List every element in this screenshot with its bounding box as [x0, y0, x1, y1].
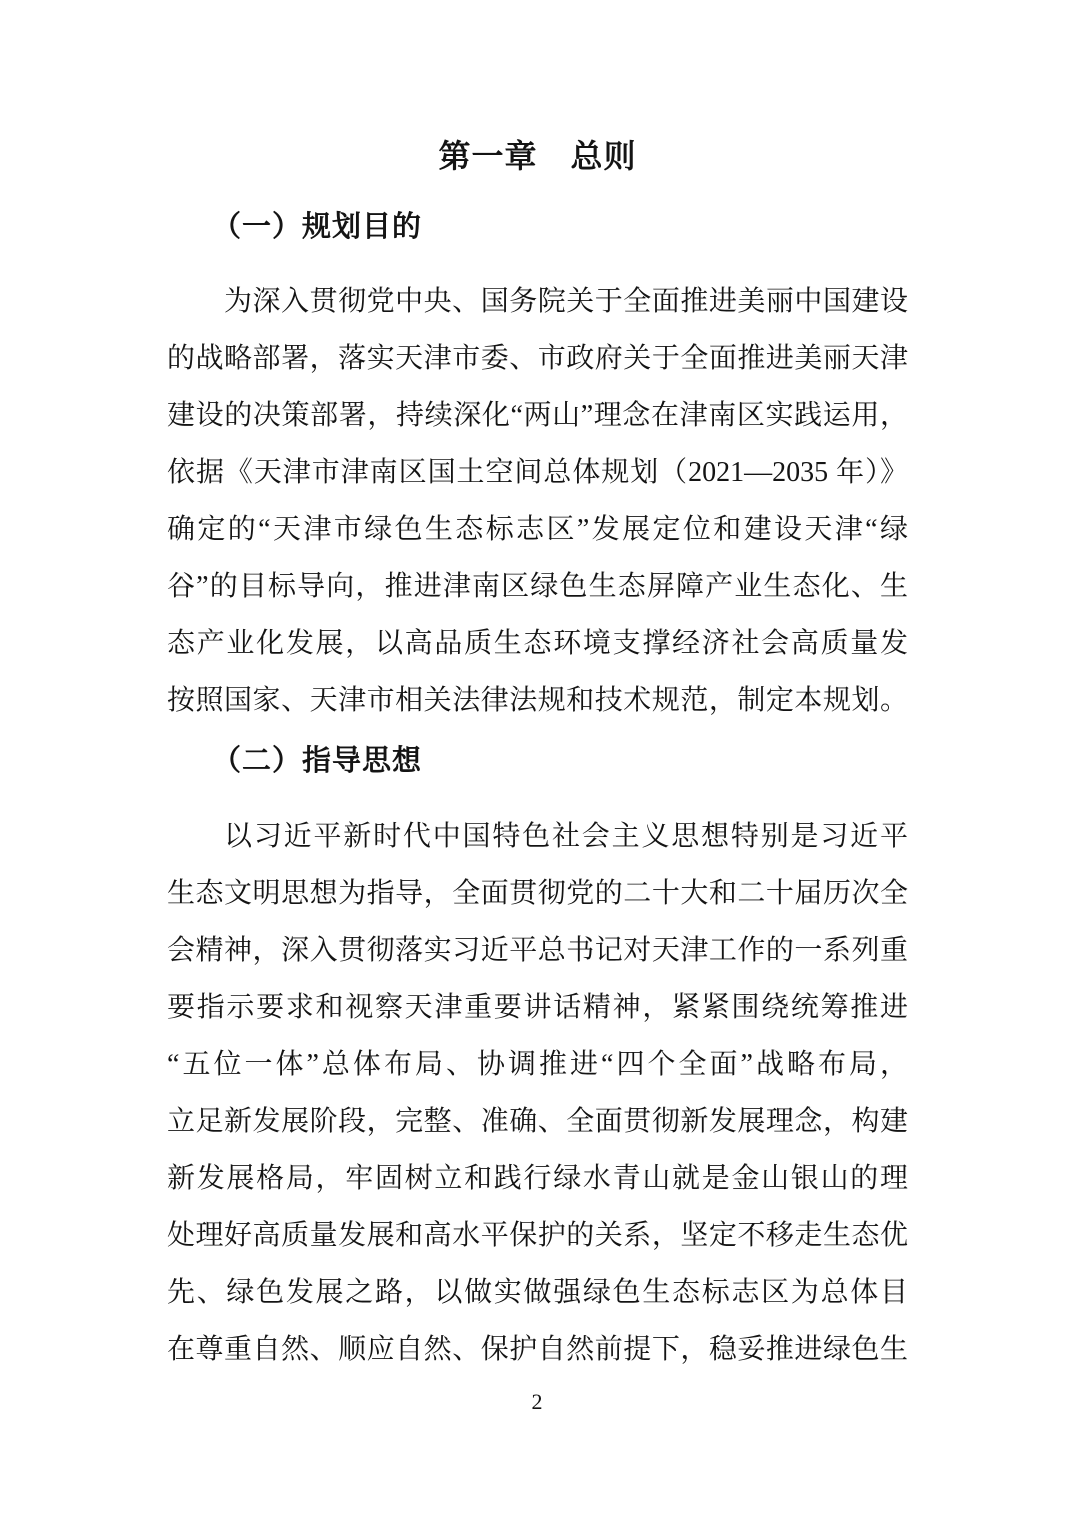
text-line: 谷”的目标导向，推进津南区绿色生态屏障产业生态化、生 — [167, 558, 908, 615]
text-line: 确定的“天津市绿色生态标志区”发展定位和建设天津“绿 — [167, 501, 908, 558]
paragraph-guiding-ideology: 以习近平新时代中国特色社会主义思想特别是习近平 生态文明思想为指导，全面贯彻党的… — [167, 808, 908, 1378]
page-number: 2 — [0, 1389, 1074, 1415]
text-line: 依据《天津市津南区国土空间总体规划（2021—2035 年）》 — [167, 444, 908, 501]
text-line: 会精神，深入贯彻落实习近平总书记对天津工作的一系列重 — [167, 922, 908, 979]
text-line: 在尊重自然、顺应自然、保护自然前提下，稳妥推进绿色生 — [167, 1321, 908, 1378]
text-line: 以习近平新时代中国特色社会主义思想特别是习近平 — [167, 808, 908, 865]
paragraph-planning-purpose: 为深入贯彻党中央、国务院关于全面推进美丽中国建设 的战略部署，落实天津市委、市政… — [167, 273, 908, 729]
text-line: 立足新发展阶段，完整、准确、全面贯彻新发展理念，构建 — [167, 1093, 908, 1150]
text-line: 处理好高质量发展和高水平保护的关系，坚定不移走生态优 — [167, 1207, 908, 1264]
document-page: 第一章 总则 （一）规划目的 为深入贯彻党中央、国务院关于全面推进美丽中国建设 … — [0, 0, 1074, 1520]
text-line: 要指示要求和视察天津重要讲话精神，紧紧围绕统筹推进 — [167, 979, 908, 1036]
text-line: 先、绿色发展之路，以做实做强绿色生态标志区为总体目标， — [167, 1264, 908, 1321]
text-line: “五位一体”总体布局、协调推进“四个全面”战略布局， — [167, 1036, 908, 1093]
text-line: 建设的决策部署，持续深化“两山”理念在津南区实践运用， — [167, 387, 908, 444]
text-line: 的战略部署，落实天津市委、市政府关于全面推进美丽天津 — [167, 330, 908, 387]
section-heading-planning-purpose: （一）规划目的 — [167, 207, 908, 247]
text-line: 为深入贯彻党中央、国务院关于全面推进美丽中国建设 — [167, 273, 908, 330]
text-line: 生态文明思想为指导，全面贯彻党的二十大和二十届历次全 — [167, 865, 908, 922]
text-line: 态产业化发展，以高品质生态环境支撑经济社会高质量发展， — [167, 615, 908, 672]
text-line: 新发展格局，牢固树立和践行绿水青山就是金山银山的理念， — [167, 1150, 908, 1207]
section-heading-guiding-ideology: （二）指导思想 — [167, 741, 908, 781]
chapter-title: 第一章 总则 — [167, 137, 908, 175]
text-line: 按照国家、天津市相关法律法规和技术规范，制定本规划。 — [167, 672, 908, 729]
